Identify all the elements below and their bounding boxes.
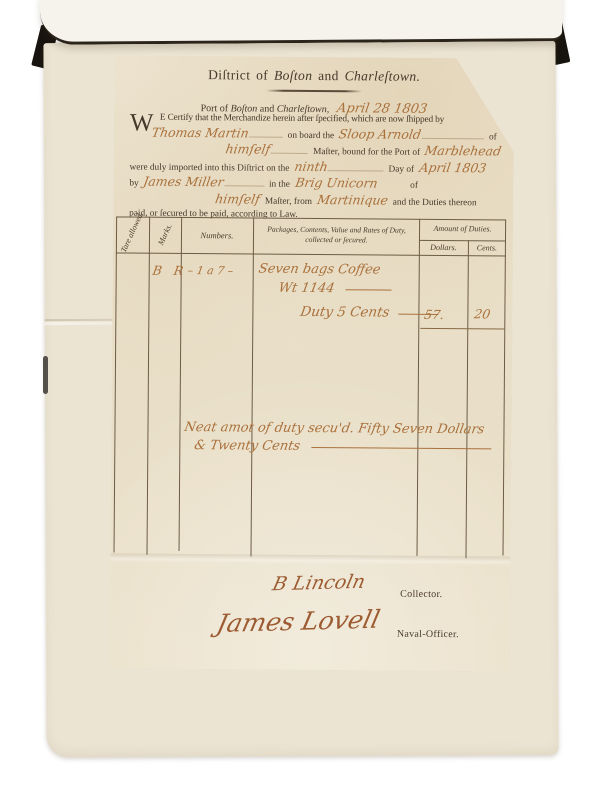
district-heading: Diſtrict of Boſton and Charleſtown. [114,66,514,85]
col-line-tare-marks [146,217,150,555]
table-header-separator [116,252,506,256]
importer-name: James Miller [143,175,226,189]
net-amount-note-line2: & Twenty Cents [194,437,491,455]
destination-port: Marblehead [424,144,503,158]
entry-description-text: Seven bags Coffee [257,262,381,278]
entry-duty-text: Duty 5 Cents [299,304,391,321]
amount-subheader-separator [419,240,506,242]
vessel-name: Sloop Arnold [338,127,422,141]
heading-place1: Boſton [274,68,313,83]
collector-label: Collector. [400,589,442,600]
naval-officer-label: Naval-Officer. [397,629,459,640]
naval-officer-signature: James Lovell [214,605,383,638]
print-duties-thereon: and the Duties thereon [393,196,477,210]
entry-cents: 20 [473,306,491,321]
document-sheet: Diſtrict of Boſton and Charleſtown. Port… [110,55,515,671]
master1-name: himſelf [225,142,272,156]
entry-description: Seven bags Coffee [259,262,381,278]
entry-marks: B R [151,263,188,278]
header-marks: Marks. [153,215,177,253]
import-vessel-name: Brig Unicorn [294,176,379,190]
header-numbers: Numbers. [181,230,253,241]
entry-weight-text: Wt 1144 [277,281,335,296]
duties-table: Tare allowed. Marks. Numbers. Packages, … [113,216,506,558]
print-in-the: in the [269,179,290,193]
entry-weight: Wt 1144 [279,281,392,297]
heading-pre: Diſtrict of [208,67,268,82]
amount-total-rule [420,328,504,330]
entry-dollars: 57. [423,307,445,322]
dropcap-w: W [130,113,154,135]
net-amount-text2: & Twenty Cents [193,438,301,454]
heading-conj: and [318,68,339,83]
print-by: by [129,178,138,192]
col-line-packages-dollars [416,219,420,556]
weight-dash [346,287,392,290]
table-border-right [502,220,506,556]
import-day: ninth [293,159,328,173]
print-day-of: Day of [388,163,414,177]
print-master-from: Maſter, from [265,195,312,209]
net-amount-note-line1: Neat amot of duty secu'd. Fifty Seven Do… [184,419,484,437]
binding-sliver [43,356,48,394]
print-of2: of [410,180,418,194]
entry-duty-rate: Duty 5 Cents [300,304,438,321]
master2-name: himſelf [214,192,261,206]
net-amount-text1: Neat amot of duty secu'd. Fifty Seven Do… [183,420,485,437]
entry-numbers: – 1 a 7 – [187,264,235,277]
document-fold-crease [110,553,510,565]
col-line-numbers-packages [250,218,254,557]
turned-page-top [40,0,562,45]
col-line-dollars-cents [465,240,468,558]
table-border-left [114,216,118,552]
origin-port: Martinique [316,193,389,207]
header-dollars: Dollars. [419,243,468,252]
net-amount-dash [311,445,491,449]
heading-place2: Charleſtown. [345,68,421,84]
heading-rule [266,90,362,93]
photo-of-customs-document: Diſtrict of Boſton and Charleſtown. Port… [0,0,600,800]
print-on-board: on board the [288,129,335,143]
import-date: April 1803 [418,160,487,174]
header-packages-line2: collected or ſecured. [255,235,418,245]
print-master-bound: Maſter, bound for the Port of [313,146,420,160]
header-cents: Cents. [468,243,506,252]
header-amount: Amount of Duties. [419,224,506,234]
shipper-name: Thomas Martin [151,125,250,139]
header-packages-line1: Packages, Contents, Value and Rates of D… [255,225,418,235]
collector-signature: B Lincoln [270,571,367,595]
certification-paragraph: W E Certify that the Merchandize herein … [129,112,502,224]
